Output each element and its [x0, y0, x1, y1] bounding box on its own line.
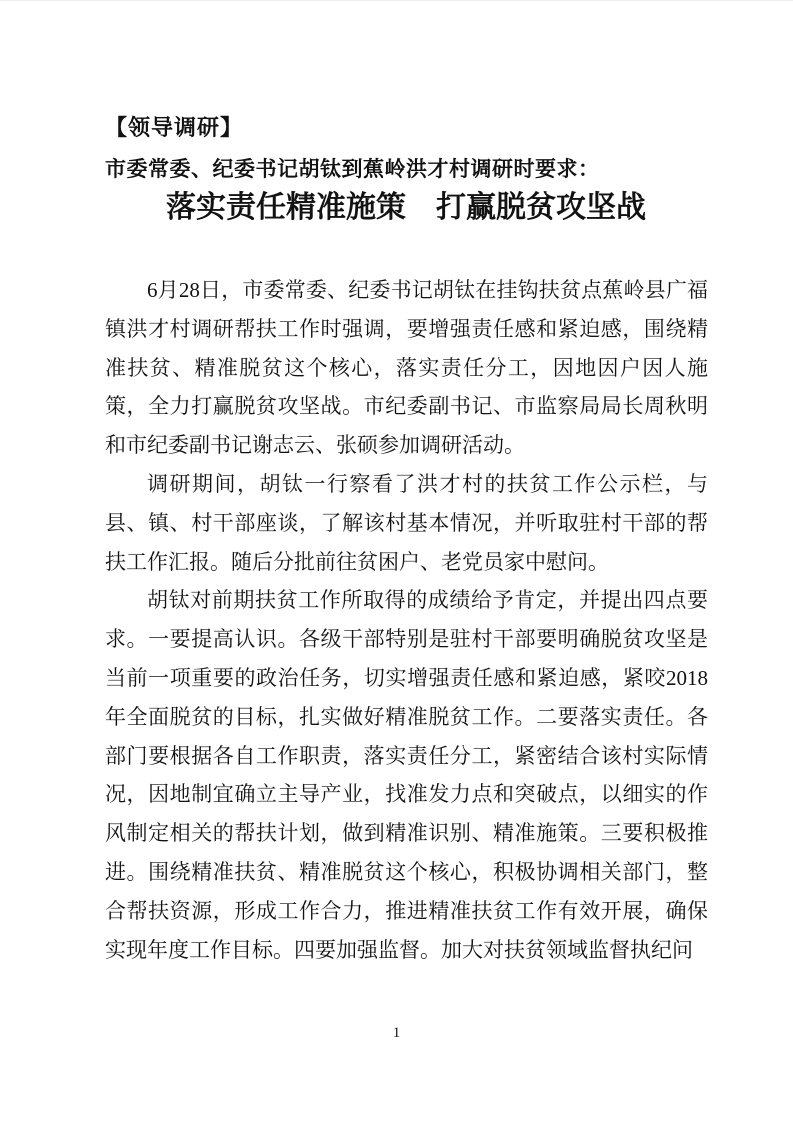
body-paragraph: 胡钛对前期扶贫工作所取得的成绩给予肯定，并提出四点要求。一要提高认识。各级干部特… — [105, 581, 708, 969]
body-paragraph: 调研期间，胡钛一行察看了洪才村的扶贫工作公示栏，与县、镇、村干部座谈，了解该村基… — [105, 465, 708, 581]
document-page: 【领导调研】 市委常委、纪委书记胡钛到蕉岭洪才村调研时要求： 落实责任精准施策 … — [0, 0, 793, 1122]
article-body: 6月28日，市委常委、纪委书记胡钛在挂钩扶贫点蕉岭县广福镇洪才村调研帮扶工作时强… — [105, 271, 708, 969]
article-title: 落实责任精准施策 打赢脱贫攻坚战 — [95, 187, 717, 229]
body-paragraph: 6月28日，市委常委、纪委书记胡钛在挂钩扶贫点蕉岭县广福镇洪才村调研帮扶工作时强… — [105, 271, 708, 465]
article-subtitle: 市委常委、纪委书记胡钛到蕉岭洪才村调研时要求： — [105, 154, 600, 184]
page-number: 1 — [0, 1023, 793, 1043]
section-label: 【领导调研】 — [105, 113, 243, 143]
